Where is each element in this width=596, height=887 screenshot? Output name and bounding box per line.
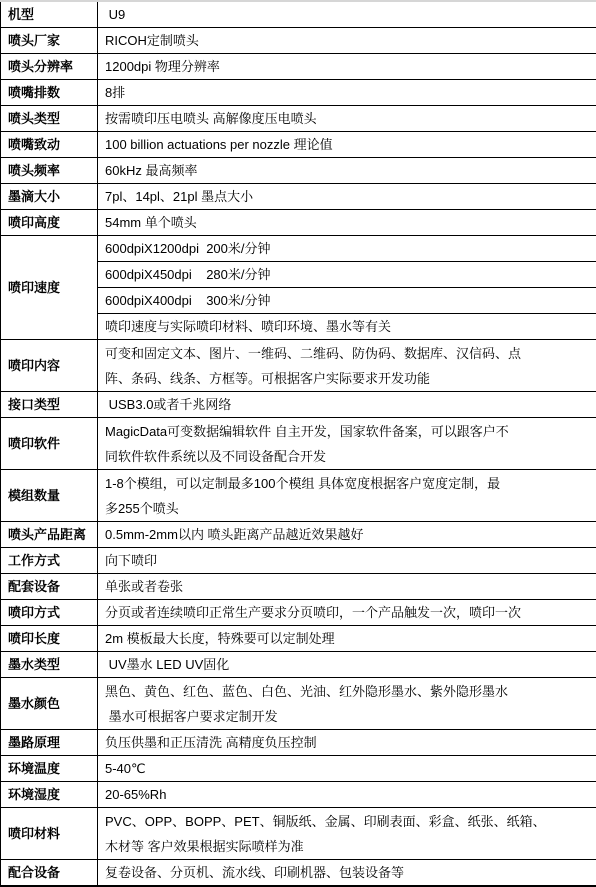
table-row: 喷印高度 54mm 单个喷头 [1, 210, 596, 236]
row-value: 向下喷印 [98, 548, 596, 574]
table-row: 喷头产品距离 0.5mm-2mm以内 喷头距离产品越近效果越好 [1, 522, 596, 548]
row-label: 喷印软件 [1, 418, 98, 470]
row-label: 喷嘴排数 [1, 80, 98, 106]
row-label: 喷头频率 [1, 158, 98, 184]
row-value: 2m 模板最大长度，特殊要可以定制处理 [98, 626, 596, 652]
table-row: 墨滴大小 7pl、14pl、21pl 墨点大小 [1, 184, 596, 210]
row-value: RICOH定制喷头 [98, 28, 596, 54]
row-value: 60kHz 最高频率 [98, 158, 596, 184]
table-row: 模组数量 1-8个模组，可以定制最多100个模组 具体宽度根据客户宽度定制，最 … [1, 470, 596, 522]
row-value: USB3.0或者千兆网络 [98, 392, 596, 418]
row-label: 机型 [1, 1, 98, 28]
row-value: UV墨水 LED UV固化 [98, 652, 596, 678]
row-value: 按需喷印压电喷头 高解像度压电喷头 [98, 106, 596, 132]
row-value: 20-65%Rh [98, 782, 596, 808]
table-row: 喷印方式 分页或者连续喷印正常生产要求分页喷印，一个产品触发一次，喷印一次 [1, 600, 596, 626]
row-label: 喷印速度 [1, 236, 98, 340]
row-value: 分页或者连续喷印正常生产要求分页喷印，一个产品触发一次，喷印一次 [98, 600, 596, 626]
row-label: 墨水颜色 [1, 678, 98, 730]
table-row: 机型 U9 [1, 1, 596, 28]
table-row: 墨路原理 负压供墨和正压清洗 高精度负压控制 [1, 730, 596, 756]
row-value: 5-40℃ [98, 756, 596, 782]
row-label: 喷头类型 [1, 106, 98, 132]
row-value: 600dpiX1200dpi 200米/分钟 [98, 236, 596, 262]
row-label: 喷印方式 [1, 600, 98, 626]
table-row: 环境湿度 20-65%Rh [1, 782, 596, 808]
row-value: 复卷设备、分页机、流水线、印刷机器、包装设备等 [98, 860, 596, 887]
row-label: 喷头产品距离 [1, 522, 98, 548]
row-label: 环境湿度 [1, 782, 98, 808]
row-label: 配合设备 [1, 860, 98, 887]
table-row: 喷头分辨率 1200dpi 物理分辨率 [1, 54, 596, 80]
row-value: U9 [98, 1, 596, 28]
spec-table: 机型 U9 喷头厂家 RICOH定制喷头 喷头分辨率 1200dpi 物理分辨率… [0, 0, 596, 887]
table-row: 墨水颜色 黑色、黄色、红色、蓝色、白色、光油、红外隐形墨水、紫外隐形墨水 墨水可… [1, 678, 596, 730]
row-value: 0.5mm-2mm以内 喷头距离产品越近效果越好 [98, 522, 596, 548]
row-value: 1-8个模组，可以定制最多100个模组 具体宽度根据客户宽度定制，最 多255个… [98, 470, 596, 522]
table-row: 配套设备 单张或者卷张 [1, 574, 596, 600]
table-row: 喷头频率 60kHz 最高频率 [1, 158, 596, 184]
row-label: 墨路原理 [1, 730, 98, 756]
row-label: 墨滴大小 [1, 184, 98, 210]
row-value: PVC、OPP、BOPP、PET、铜版纸、金属、印刷表面、彩盒、纸张、纸箱、 木… [98, 808, 596, 860]
row-label: 配套设备 [1, 574, 98, 600]
row-label: 环境温度 [1, 756, 98, 782]
row-label: 接口类型 [1, 392, 98, 418]
row-value: 喷印速度与实际喷印材料、喷印环境、墨水等有关 [98, 314, 596, 340]
row-value: 可变和固定文本、图片、一维码、二维码、防伪码、数据库、汉信码、点 阵、条码、线条… [98, 340, 596, 392]
table-row: 喷印长度 2m 模板最大长度，特殊要可以定制处理 [1, 626, 596, 652]
table-row: 墨水类型 UV墨水 LED UV固化 [1, 652, 596, 678]
row-value: 7pl、14pl、21pl 墨点大小 [98, 184, 596, 210]
row-label: 工作方式 [1, 548, 98, 574]
row-value: 600dpiX400dpi 300米/分钟 [98, 288, 596, 314]
row-label: 喷印长度 [1, 626, 98, 652]
row-label: 喷印高度 [1, 210, 98, 236]
table-row: 喷印内容 可变和固定文本、图片、一维码、二维码、防伪码、数据库、汉信码、点 阵、… [1, 340, 596, 392]
table-row: 喷头类型 按需喷印压电喷头 高解像度压电喷头 [1, 106, 596, 132]
spec-table-body: 机型 U9 喷头厂家 RICOH定制喷头 喷头分辨率 1200dpi 物理分辨率… [1, 1, 596, 886]
table-row: 喷头厂家 RICOH定制喷头 [1, 28, 596, 54]
table-row: 环境温度 5-40℃ [1, 756, 596, 782]
table-row: 喷印速度 600dpiX1200dpi 200米/分钟 [1, 236, 596, 262]
row-value: 负压供墨和正压清洗 高精度负压控制 [98, 730, 596, 756]
table-row: 喷印材料 PVC、OPP、BOPP、PET、铜版纸、金属、印刷表面、彩盒、纸张、… [1, 808, 596, 860]
row-label: 喷头分辨率 [1, 54, 98, 80]
table-row: 接口类型 USB3.0或者千兆网络 [1, 392, 596, 418]
row-value: 黑色、黄色、红色、蓝色、白色、光油、红外隐形墨水、紫外隐形墨水 墨水可根据客户要… [98, 678, 596, 730]
row-label: 喷印内容 [1, 340, 98, 392]
row-value: 1200dpi 物理分辨率 [98, 54, 596, 80]
row-label: 喷印材料 [1, 808, 98, 860]
row-label: 墨水类型 [1, 652, 98, 678]
row-value: 100 billion actuations per nozzle 理论值 [98, 132, 596, 158]
table-row: 配合设备 复卷设备、分页机、流水线、印刷机器、包装设备等 [1, 860, 596, 887]
row-value: MagicData可变数据编辑软件 自主开发，国家软件备案，可以跟客户不 同软件… [98, 418, 596, 470]
row-label: 喷头厂家 [1, 28, 98, 54]
row-value: 600dpiX450dpi 280米/分钟 [98, 262, 596, 288]
row-value: 单张或者卷张 [98, 574, 596, 600]
row-value: 54mm 单个喷头 [98, 210, 596, 236]
table-row: 工作方式 向下喷印 [1, 548, 596, 574]
table-row: 喷嘴排数 8排 [1, 80, 596, 106]
row-value: 8排 [98, 80, 596, 106]
table-row: 喷印软件 MagicData可变数据编辑软件 自主开发，国家软件备案，可以跟客户… [1, 418, 596, 470]
row-label: 喷嘴致动 [1, 132, 98, 158]
table-row: 喷嘴致动 100 billion actuations per nozzle 理… [1, 132, 596, 158]
row-label: 模组数量 [1, 470, 98, 522]
